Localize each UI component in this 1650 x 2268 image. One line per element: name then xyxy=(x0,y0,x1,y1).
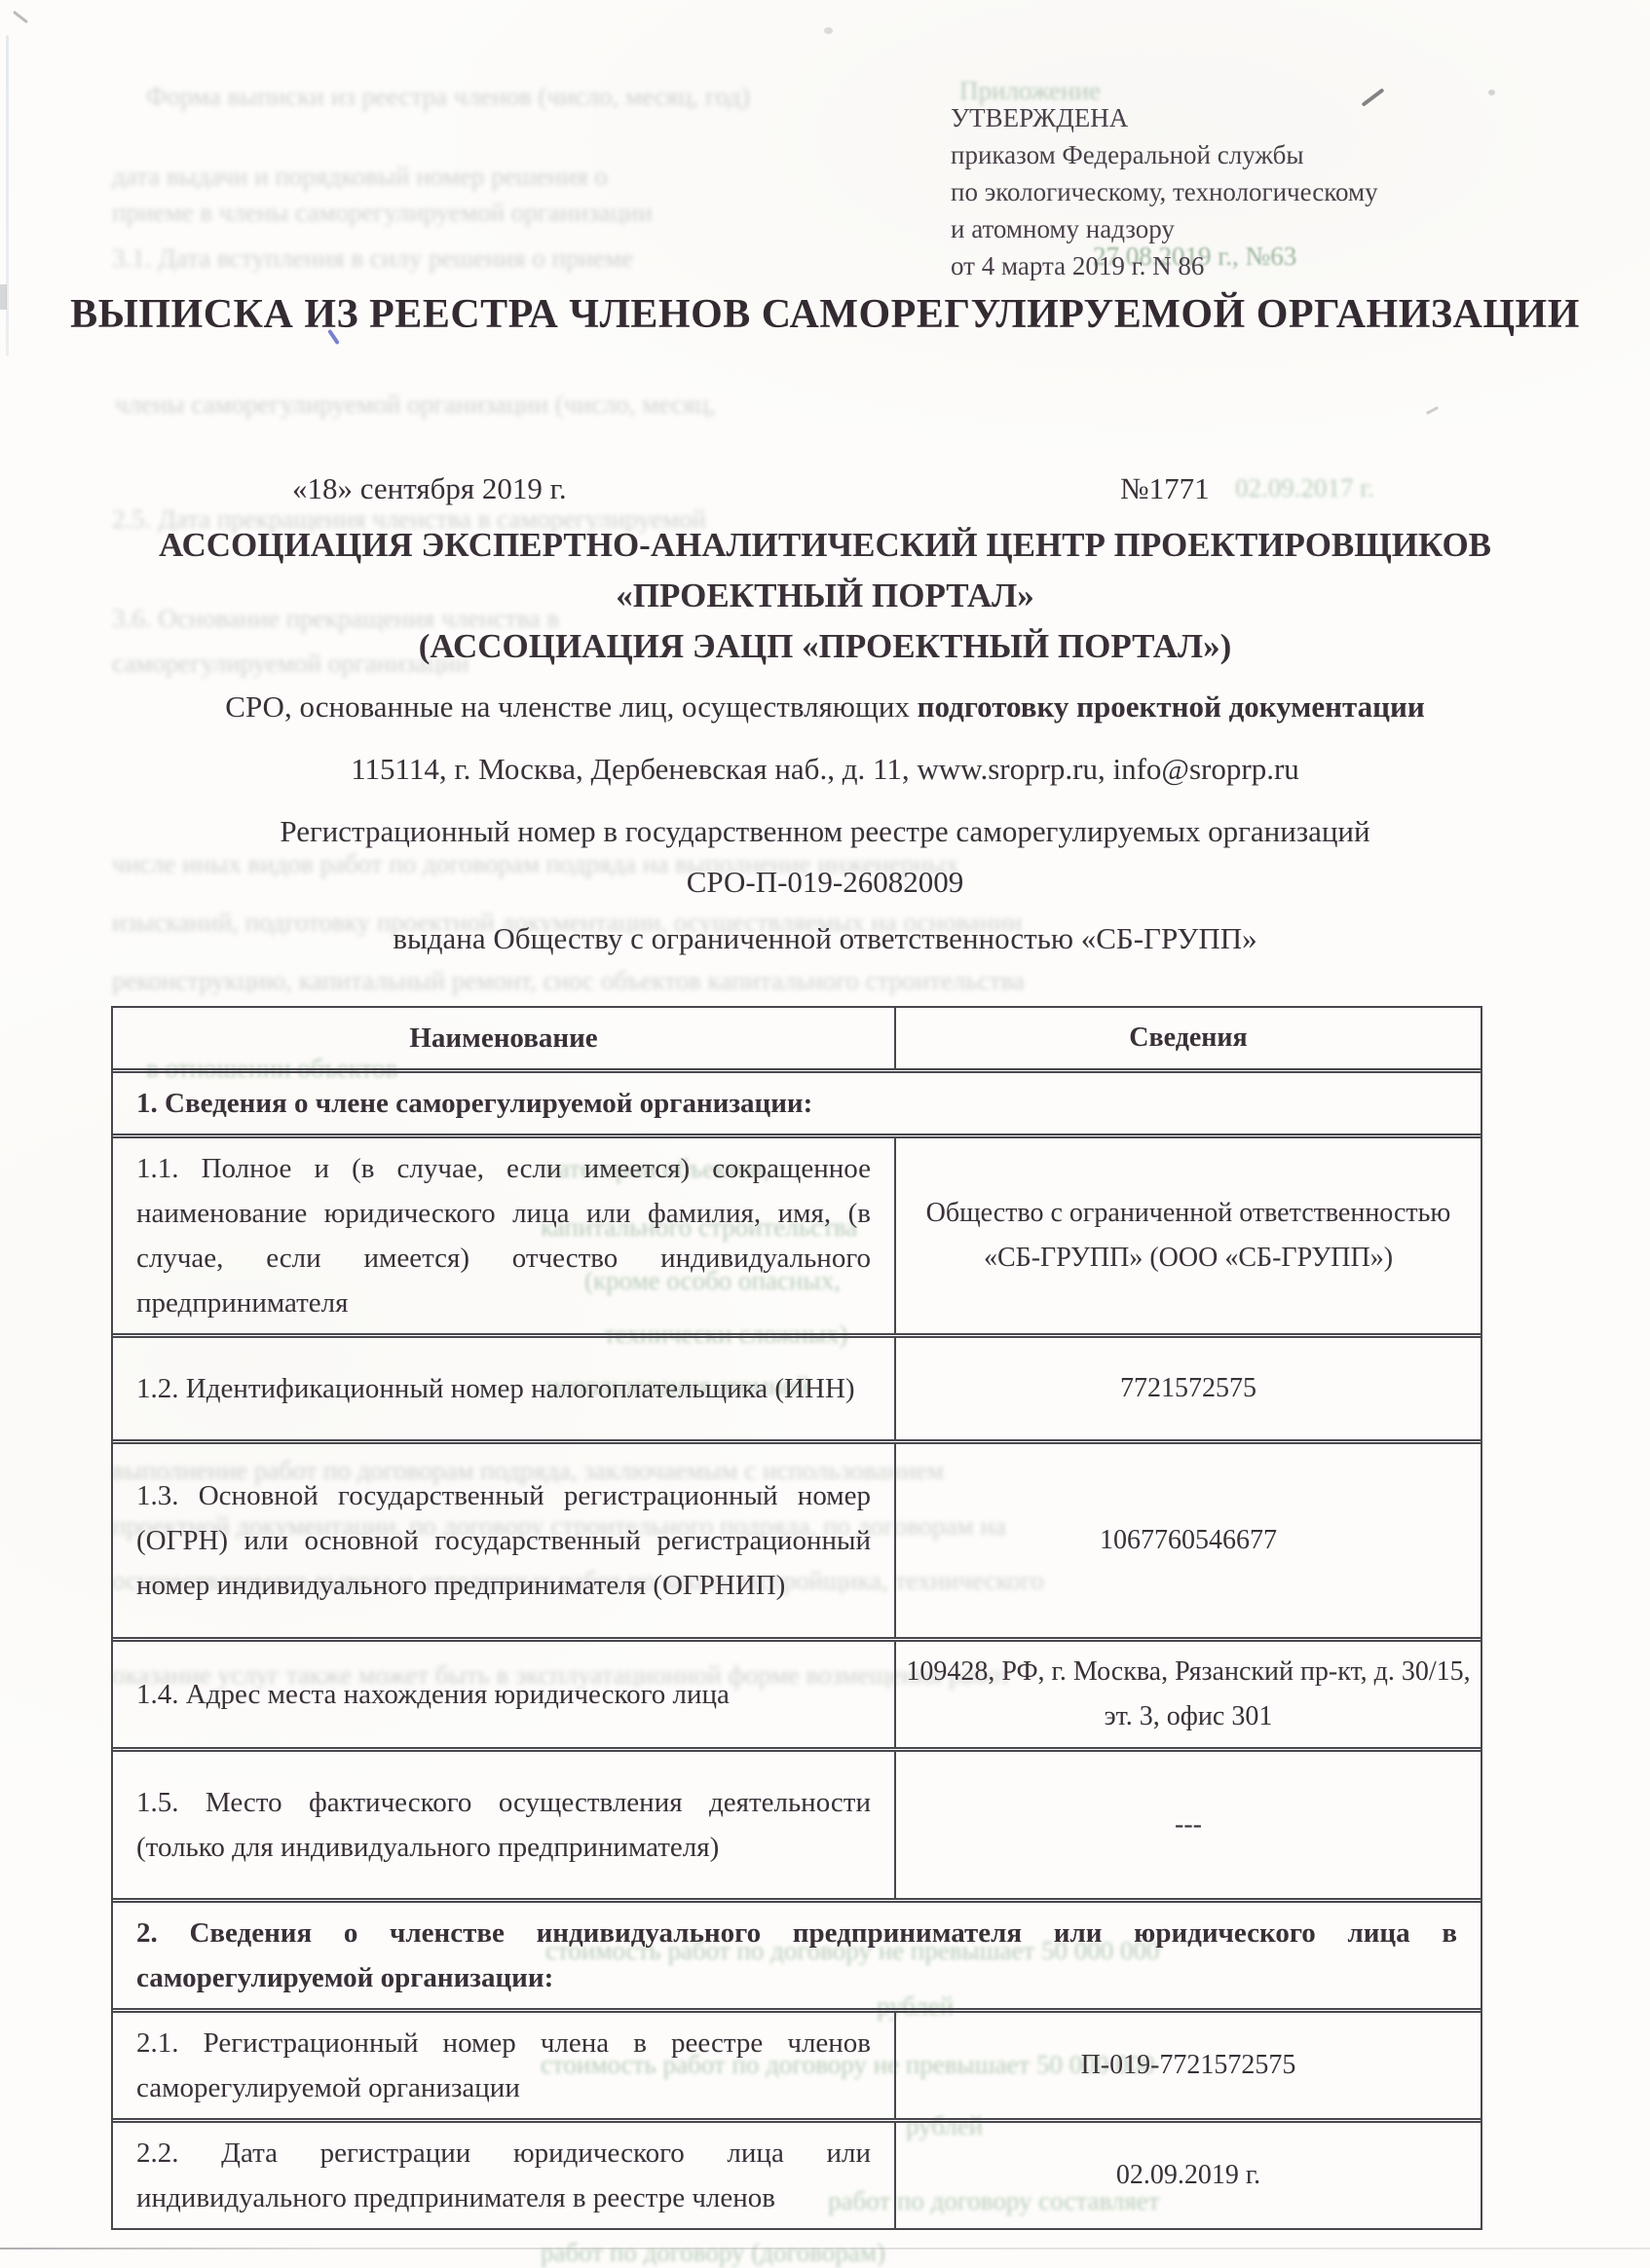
column-header-value: Сведения xyxy=(894,1008,1481,1068)
column-header-name: Наименование xyxy=(113,1008,894,1068)
row-value-cell: --- xyxy=(894,1752,1481,1898)
row-value-cell: П-019-7721572575 xyxy=(894,2013,1481,2118)
bleed-through-text: дата выдачи и порядковый номер решения о xyxy=(112,162,862,191)
registry-number-caption: Регистрационный номер в государственном … xyxy=(56,814,1594,849)
row-name-cell: 1.3. Основной государственный регистраци… xyxy=(113,1444,894,1637)
table-header-row: Наименование Сведения xyxy=(113,1008,1481,1068)
approval-block: УТВЕРЖДЕНА приказом Федеральной службы п… xyxy=(951,99,1496,284)
row-name-cell: 1.2. Идентификационный номер налогоплате… xyxy=(113,1338,894,1439)
approval-line: приказом Федеральной службы xyxy=(951,136,1496,173)
table-section-row: 1. Сведения о члене саморегулируемой орг… xyxy=(113,1068,1481,1134)
scan-corner-mark xyxy=(13,11,28,23)
approval-line: УТВЕРЖДЕНА xyxy=(951,99,1496,136)
scan-edge-streak xyxy=(6,35,9,356)
registry-table: Наименование Сведения 1. Сведения о член… xyxy=(111,1006,1482,2230)
document-title: ВЫПИСКА ИЗ РЕЕСТРА ЧЛЕНОВ САМОРЕГУЛИРУЕМ… xyxy=(56,284,1594,345)
bleed-through-text: работ по договору (договорам) xyxy=(541,2238,1222,2267)
sro-type-normal: СРО, основанные на членстве лиц, осущест… xyxy=(225,689,917,724)
registry-number: СРО-П-019-26082009 xyxy=(56,865,1594,900)
section-title-cell: 2. Сведения о членстве индивидуального п… xyxy=(113,1903,1481,2008)
scanned-document-page: Форма выписки из реестра членов (число, … xyxy=(0,0,1650,2268)
scan-dot-mark xyxy=(1488,90,1495,95)
table-row: 2.2. Дата регистрации юридического лица … xyxy=(113,2118,1481,2228)
row-name-cell: 2.2. Дата регистрации юридического лица … xyxy=(113,2123,894,2228)
bleed-through-text: Форма выписки из реестра членов (число, … xyxy=(146,82,828,111)
bleed-through-text: реконструкцию, капитальный ремонт, снос … xyxy=(112,966,1534,995)
organization-name-line: «ПРОЕКТНЫЙ ПОРТАЛ» xyxy=(56,576,1594,615)
table-section-row: 2. Сведения о членстве индивидуального п… xyxy=(113,1898,1481,2008)
row-value-cell: 109428, РФ, г. Москва, Рязанский пр-кт, … xyxy=(894,1642,1481,1747)
scan-edge-mark xyxy=(0,284,7,310)
table-row: 1.1. Полное и (в случае, если имеется) с… xyxy=(113,1134,1481,1333)
table-row: 1.4. Адрес места нахождения юридического… xyxy=(113,1637,1481,1747)
table-row: 1.2. Идентификационный номер налогоплате… xyxy=(113,1333,1481,1439)
row-value-cell: 7721572575 xyxy=(894,1338,1481,1439)
row-name-cell: 1.4. Адрес места нахождения юридического… xyxy=(113,1642,894,1747)
bleed-through-text: приеме в члены саморегулируемой организа… xyxy=(112,198,657,227)
sro-type-bold: подготовку проектной документации xyxy=(918,689,1425,724)
bleed-through-text: 3.1. Дата вступления в силу решения о пр… xyxy=(112,243,735,273)
scan-dot-mark xyxy=(824,27,833,34)
organization-name-line: (АССОЦИАЦИЯ ЭАЦП «ПРОЕКТНЫЙ ПОРТАЛ») xyxy=(56,627,1594,666)
approval-line: и атомному надзору xyxy=(951,210,1496,247)
row-value-cell: 02.09.2019 г. xyxy=(894,2123,1481,2228)
table-row: 1.3. Основной государственный регистраци… xyxy=(113,1439,1481,1637)
bleed-through-text: члены саморегулируемой организации (числ… xyxy=(115,390,875,419)
document-number: №1771 xyxy=(1120,471,1210,506)
table-row: 2.1. Регистрационный номер члена в реест… xyxy=(113,2008,1481,2118)
row-value-cell: 1067760546677 xyxy=(894,1444,1481,1637)
date-number-line: «18» сентября 2019 г. №1771 xyxy=(0,471,1650,514)
row-name-cell: 1.1. Полное и (в случае, если имеется) с… xyxy=(113,1138,894,1333)
section-title-cell: 1. Сведения о члене саморегулируемой орг… xyxy=(113,1073,1481,1134)
row-name-cell: 1.5. Место фактического осуществления де… xyxy=(113,1752,894,1898)
pen-tick-mark xyxy=(1426,406,1439,415)
row-value-cell: Общество с ограниченной ответственностью… xyxy=(894,1138,1481,1333)
issued-to-line: выдана Обществу с ограниченной ответстве… xyxy=(56,921,1594,956)
row-name-cell: 2.1. Регистрационный номер члена в реест… xyxy=(113,2013,894,2118)
organization-address: 115114, г. Москва, Дербеневская наб., д.… xyxy=(56,752,1594,787)
scan-bottom-edge xyxy=(0,2248,1650,2249)
organization-name-line: АССОЦИАЦИЯ ЭКСПЕРТНО-АНАЛИТИЧЕСКИЙ ЦЕНТР… xyxy=(56,526,1594,565)
sro-type-line: СРО, основанные на членстве лиц, осущест… xyxy=(56,689,1594,725)
table-row: 1.5. Место фактического осуществления де… xyxy=(113,1747,1481,1898)
approval-line: по экологическому, технологическому xyxy=(951,173,1496,210)
approval-line: от 4 марта 2019 г. N 86 xyxy=(951,247,1496,284)
document-date: «18» сентября 2019 г. xyxy=(292,471,567,506)
